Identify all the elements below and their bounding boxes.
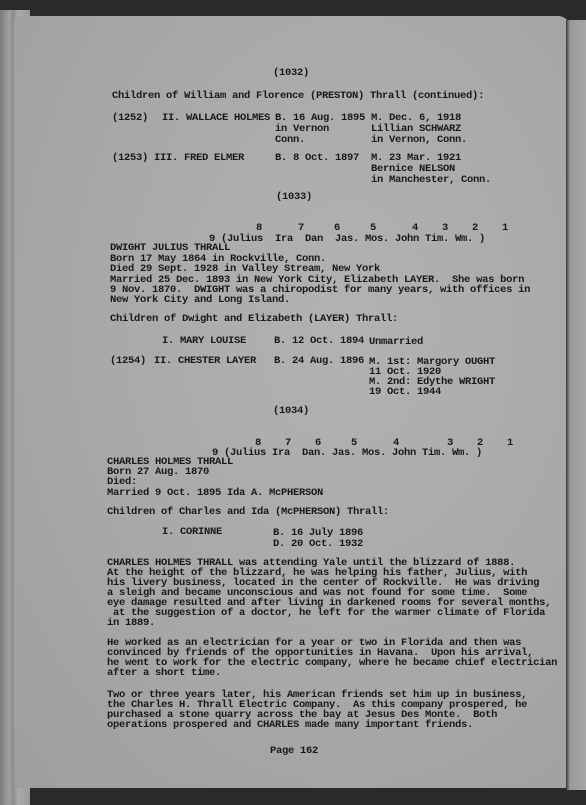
child-born: B. 8 Oct. 1897: [275, 152, 359, 164]
lineage-names: 9 (Julius Ira Dan. Jas. Mos. John Tim. W…: [212, 447, 482, 459]
child-marriage: in Manchester, Conn.: [371, 174, 491, 186]
child-name: III. FRED ELMER: [154, 152, 244, 164]
child-born: Conn.: [275, 134, 305, 146]
children-heading: Children of Charles and Ida (McPHERSON) …: [107, 506, 389, 518]
child-name: I. CORINNE: [162, 526, 222, 538]
lineage-names: 9 (Julius Ira Dan Jas. Mos. John Tim. Wm…: [209, 233, 485, 245]
child-death: D. 20 Oct. 1932: [273, 538, 363, 550]
bio-line: New York City and Long Island.: [110, 294, 290, 306]
paragraph-line: at the suggestion of a doctor, he left f…: [107, 607, 545, 619]
child-marriage: Unmarried: [369, 336, 423, 348]
child-marriage: in Vernon, Conn.: [371, 134, 467, 146]
child-name: II. WALLACE HOLMES: [162, 112, 270, 124]
child-name: II. CHESTER LAYER: [154, 355, 256, 367]
paragraph-line: after a short time.: [107, 667, 221, 679]
page-number: Page 162: [270, 745, 318, 757]
section-heading-1034: (1034): [273, 405, 309, 417]
paragraph-line: operations prospered and CHARLES made ma…: [107, 719, 473, 731]
bio-line: Married 9 Oct. 1895 Ida A. McPHERSON: [107, 487, 323, 499]
next-page-edge: [566, 20, 586, 790]
children-heading: Children of Dwight and Elizabeth (LAYER)…: [110, 313, 398, 325]
paragraph-line: in 1889.: [107, 617, 155, 629]
child-name: I. MARY LOUISE: [162, 335, 246, 347]
section-heading-1033: (1033): [276, 191, 312, 203]
child-born: B. 12 Oct. 1894: [274, 335, 364, 347]
child-marriage: 19 Oct. 1944: [369, 386, 441, 398]
child-ref: (1252): [112, 112, 148, 124]
children-heading: Children of William and Florence (PRESTO…: [112, 90, 484, 102]
child-ref: (1254): [110, 355, 146, 367]
section-heading-1032: (1032): [273, 67, 309, 79]
child-born: B. 24 Aug. 1896: [274, 355, 364, 367]
child-ref: (1253): [112, 152, 148, 164]
